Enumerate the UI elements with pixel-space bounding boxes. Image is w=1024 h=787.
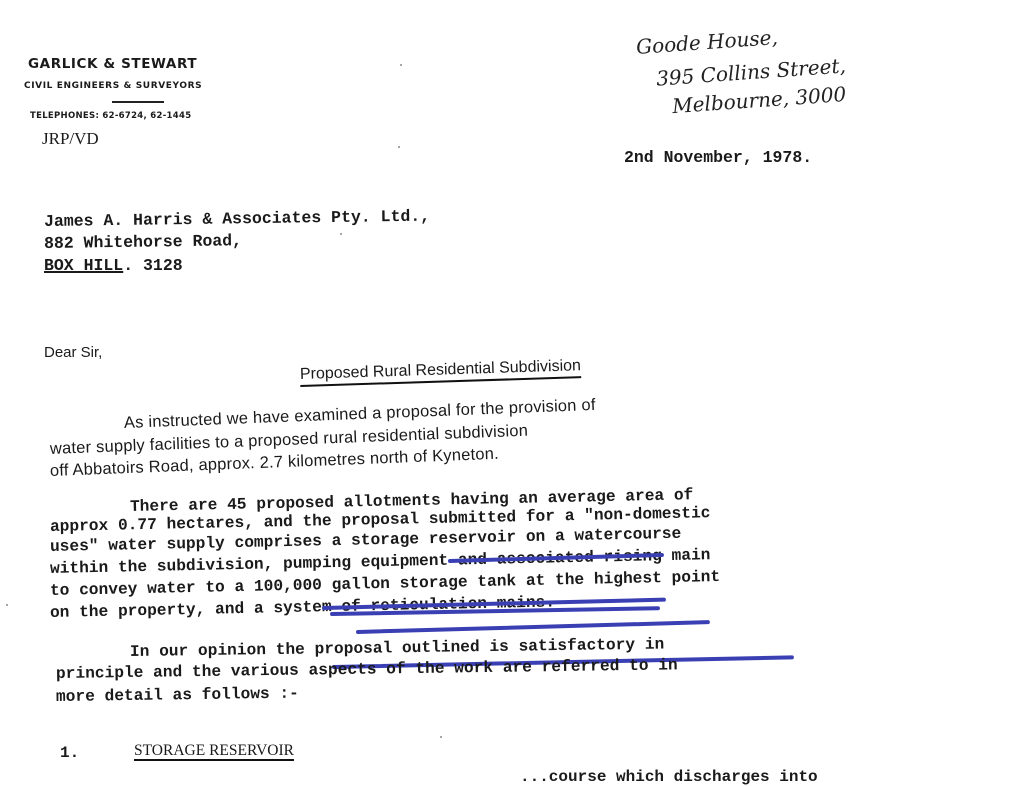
letterhead-divider xyxy=(112,101,164,103)
scan-speck xyxy=(440,736,442,738)
paragraph3-line: more detail as follows :- xyxy=(56,685,299,706)
firm-subtitle: CIVIL ENGINEERS & SURVEYORS xyxy=(24,81,202,91)
firm-name: GARLICK & STEWART xyxy=(28,56,197,72)
reference-code: JRP/VD xyxy=(42,129,99,149)
recipient-name: James A. Harris & Associates Pty. Ltd., xyxy=(44,207,430,231)
scan-speck xyxy=(6,604,8,606)
section-title-text: STORAGE RESERVOIR xyxy=(134,742,294,761)
scan-speck xyxy=(340,233,342,235)
firm-telephones: TELEPHONES: 62-6724, 62-1445 xyxy=(30,111,191,121)
highlight-reticulation-mains xyxy=(356,620,710,634)
scan-speck xyxy=(400,64,402,66)
recipient-suburb: BOX HILL xyxy=(44,256,123,275)
subject-text: Proposed Rural Residential Subdivision xyxy=(300,357,582,387)
section-trailing-text: ...course which discharges into xyxy=(520,768,818,786)
recipient-suburb-line: BOX HILL. 3128 xyxy=(44,256,183,275)
section-title: STORAGE RESERVOIR xyxy=(134,742,294,760)
recipient-postcode: . 3128 xyxy=(123,256,182,275)
section-number: 1. xyxy=(60,744,79,762)
salutation: Dear Sir, xyxy=(44,344,102,361)
subject-heading: Proposed Rural Residential Subdivision xyxy=(300,357,581,384)
recipient-street: 882 Whitehorse Road, xyxy=(44,231,242,253)
scan-speck xyxy=(398,146,400,148)
letter-date: 2nd November, 1978. xyxy=(624,148,812,167)
sender-address-line1: Goode House, xyxy=(635,25,778,59)
